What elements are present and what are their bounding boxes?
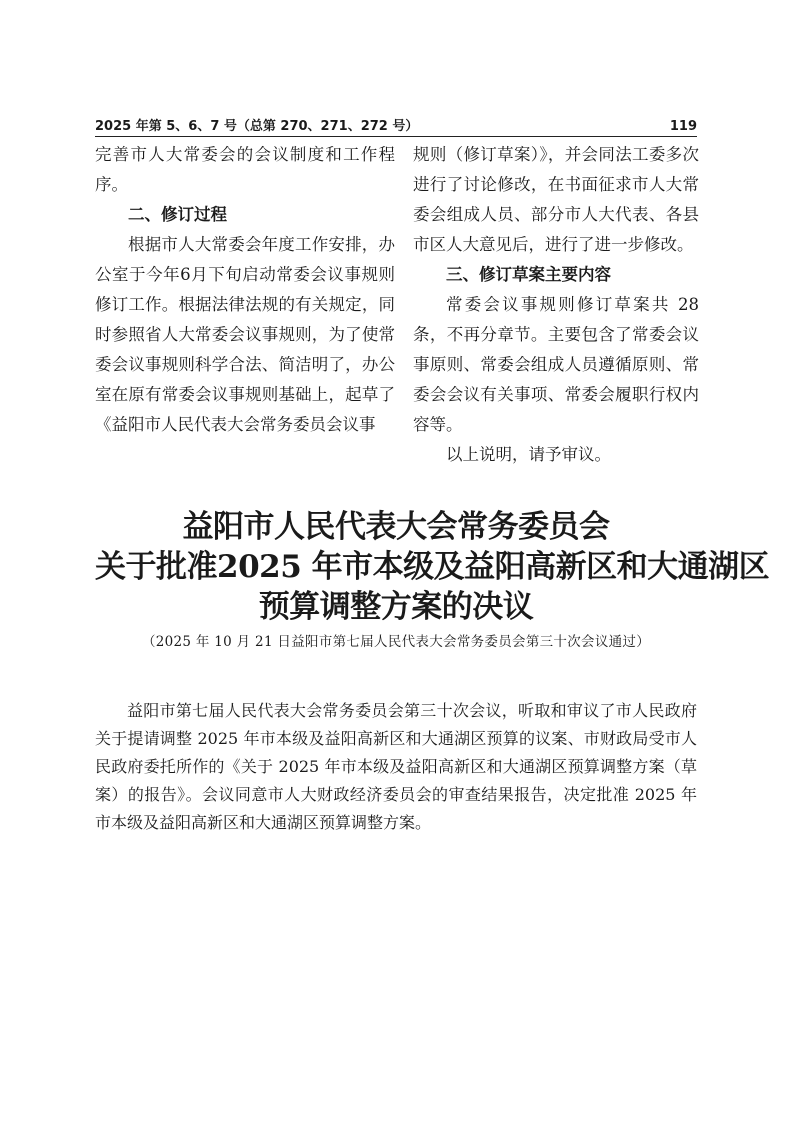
resolution-body: 益阳市第七届人民代表大会常务委员会第三十次会议，听取和审议了市人民政府关于提请调… [95,697,697,837]
resolution-title-line-3: 预算调整方案的决议 [95,587,697,627]
paragraph: 常委会议事规则修订草案共 28 条，不再分章节。主要包含了常委会议事原则、常委会… [413,290,699,440]
right-column: 规则（修订草案）》，并会同法工委多次进行了讨论修改，在书面征求市人大常委会组成人… [413,140,699,470]
paragraph: 完善市人大常委会的会议制度和工作程序。 [95,140,395,200]
paragraph: 规则（修订草案）》，并会同法工委多次进行了讨论修改，在书面征求市人大常委会组成人… [413,140,699,260]
resolution-subtitle: （2025 年 10 月 21 日益阳市第七届人民代表大会常务委员会第三十次会议… [95,631,697,653]
section-heading-main-content: 三、修订草案主要内容 [413,260,699,290]
resolution-title-line-2: 关于批准2025 年市本级及益阳高新区和大通湖区 [95,547,697,587]
resolution-title-line-1: 益阳市人民代表大会常务委员会 [95,507,697,547]
running-header: 2025 年第 5、6、7 号（总第 270、271、272 号） 119 [95,117,697,137]
left-column: 完善市人大常委会的会议制度和工作程序。 二、修订过程 根据市人大常委会年度工作安… [95,140,395,440]
paragraph: 根据市人大常委会年度工作安排，办公室于今年6月下旬启动常委会议事规则修订工作。根… [95,230,395,440]
page-number: 119 [670,119,697,135]
closing-paragraph: 以上说明，请予审议。 [413,440,699,470]
section-heading-revision-process: 二、修订过程 [95,200,395,230]
issue-label: 2025 年第 5、6、7 号（总第 270、271、272 号） [95,119,418,135]
resolution-title-block: 益阳市人民代表大会常务委员会 关于批准2025 年市本级及益阳高新区和大通湖区 … [95,507,697,653]
